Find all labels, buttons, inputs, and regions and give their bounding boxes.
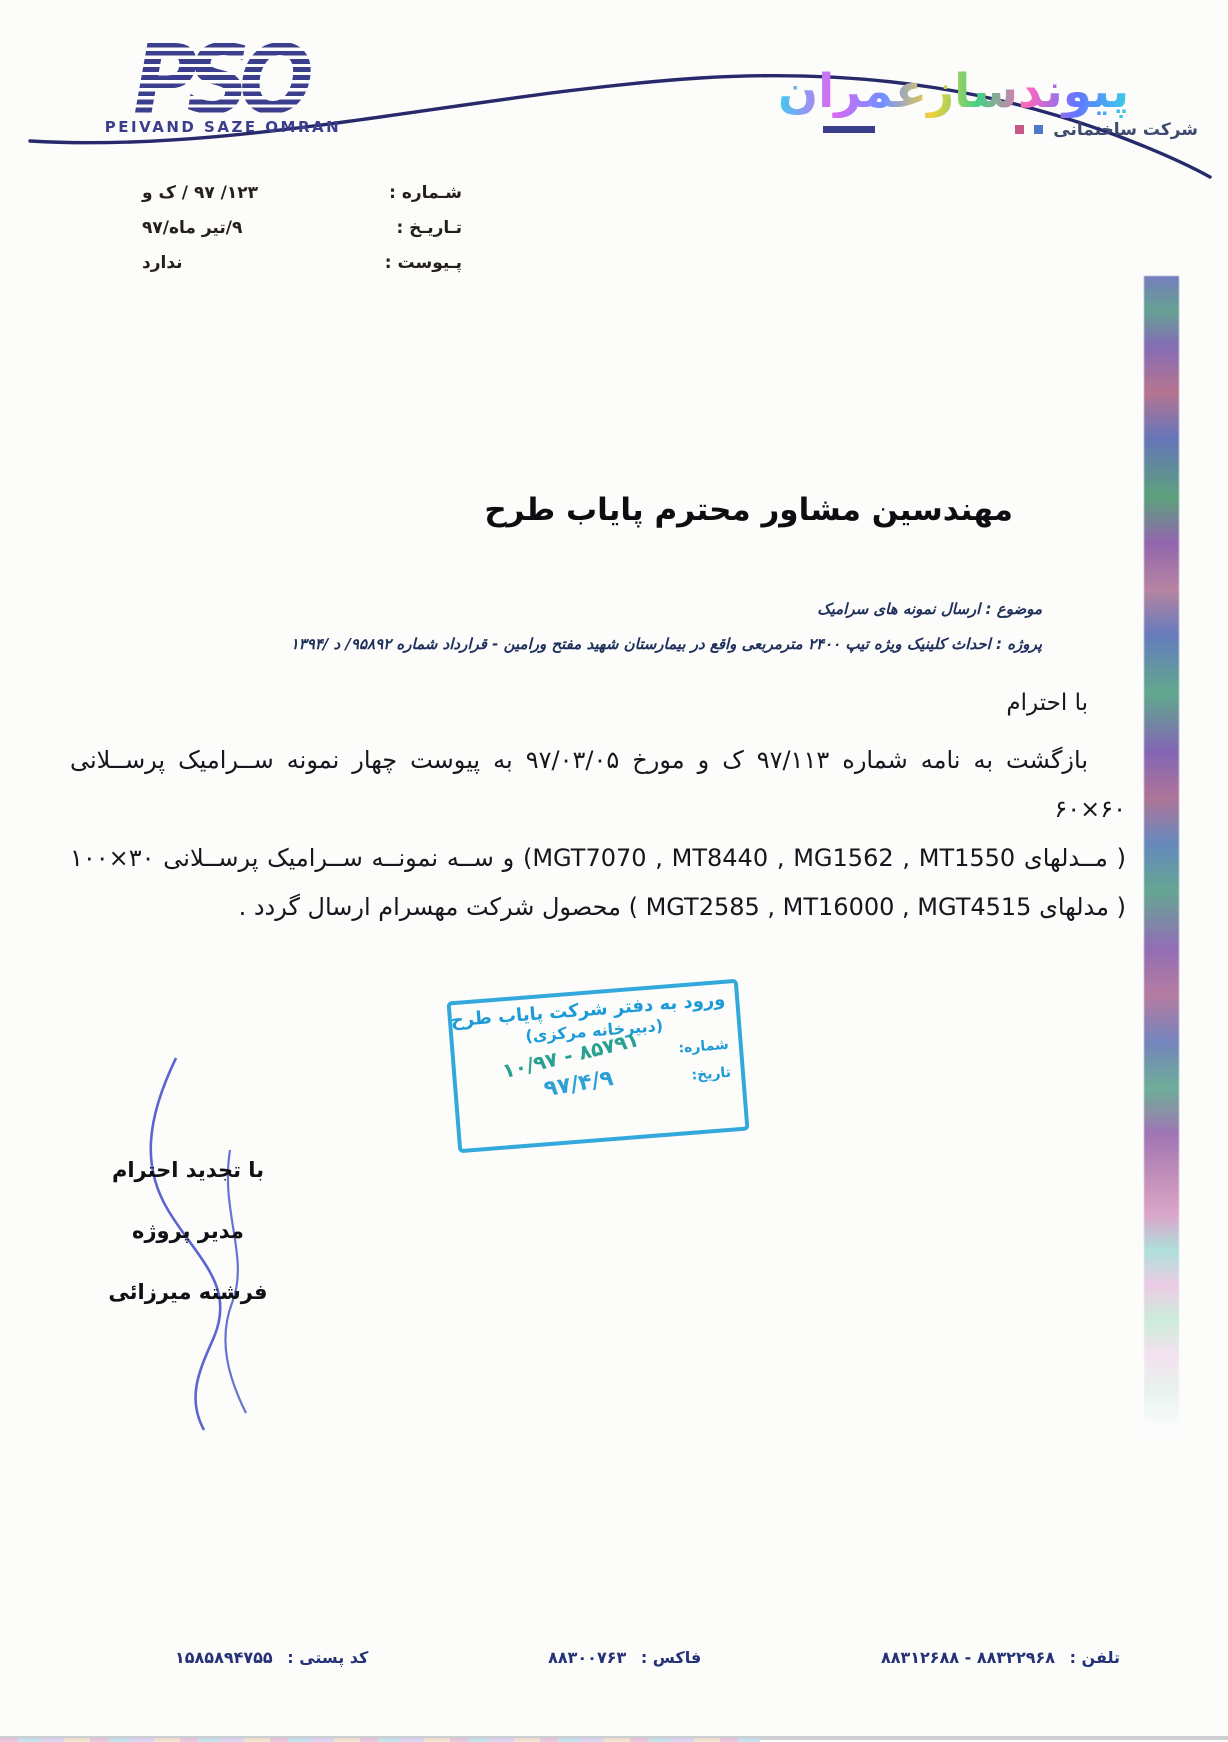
recipient-title: مهندسین مشاور محترم پایاب طرح bbox=[484, 492, 1013, 528]
stamp-date-label: تاریخ: bbox=[691, 1064, 732, 1083]
footer-fax: فاکس : ۸۸۳۰۰۷۶۳ bbox=[548, 1648, 701, 1667]
signature-role: مدیر پروژه bbox=[88, 1219, 288, 1243]
project-line: پروژه : احداث کلینیک ویژه تیپ ۲۴۰۰ مترمر… bbox=[291, 627, 1042, 662]
meta-date-row: تـاریـخ : ۹/تیر ماه/۹۷ bbox=[142, 218, 462, 238]
meta-number-label: شـماره : bbox=[389, 183, 462, 203]
meta-attachment-row: پـیوست : ندارد bbox=[142, 253, 462, 273]
subject-block: موضوع : ارسال نمونه های سرامیک پروژه : ا… bbox=[291, 592, 1042, 662]
body-paragraph: بازگشت به نامه شماره ۹۷/۱۱۳ ک و مورخ ۹۷/… bbox=[70, 736, 1126, 932]
meta-number-value: ۱۲۳/ ۹۷ / ک و bbox=[142, 183, 258, 203]
footer-phone-label: تلفن : bbox=[1070, 1648, 1120, 1667]
signature-block: با تجدید احترام مدیر پروژه فرشته میرزائی bbox=[88, 1158, 288, 1341]
meta-number-row: شـماره : ۱۲۳/ ۹۷ / ک و bbox=[142, 183, 462, 203]
body-line-2: ( مــدلهای MT1550 ‏, MG1562 ‏, MT8440 ‏,… bbox=[70, 834, 1126, 883]
company-logo: PSO PEIVAND SAZE OMRAN bbox=[88, 38, 358, 136]
brand-subtitle-row: شرکت ساختمانی bbox=[778, 120, 1198, 140]
receipt-stamp: ورود به دفتر شرکت پایاب طرح (دبیرخانه مر… bbox=[446, 979, 749, 1153]
brand-block: پیوندسازعمران شرکت ساختمانی bbox=[778, 66, 1198, 140]
footer-postal-label: کد پستی : bbox=[287, 1648, 368, 1667]
meta-date-value: ۹/تیر ماه/۹۷ bbox=[142, 218, 242, 238]
body-line-1: بازگشت به نامه شماره ۹۷/۱۱۳ ک و مورخ ۹۷/… bbox=[70, 736, 1126, 834]
subject-line: موضوع : ارسال نمونه های سرامیک bbox=[291, 592, 1042, 627]
footer-fax-label: فاکس : bbox=[641, 1648, 701, 1667]
logo-monogram: PSO bbox=[133, 35, 313, 125]
brand-decoration-square-blue bbox=[1034, 125, 1043, 134]
brand-calligraphy: پیوندسازعمران bbox=[778, 66, 1129, 118]
brand-decoration-square-pink bbox=[1015, 125, 1024, 134]
footer-phone: تلفن : ۸۸۳۲۲۹۶۸ - ۸۸۳۱۲۶۸۸ bbox=[881, 1648, 1120, 1667]
footer-postal-value: ۱۵۸۵۸۹۴۷۵۵ bbox=[175, 1648, 273, 1667]
letter-meta: شـماره : ۱۲۳/ ۹۷ / ک و تـاریـخ : ۹/تیر م… bbox=[142, 183, 462, 288]
signature-name: فرشته میرزائی bbox=[88, 1280, 288, 1304]
footer-phone-value: ۸۸۳۲۲۹۶۸ - ۸۸۳۱۲۶۸۸ bbox=[881, 1648, 1055, 1667]
body-line-3: ( مدلهای MGT4515 ‏, MT16000 ‏, MGT2585 )… bbox=[70, 883, 1126, 932]
brand-subtitle: شرکت ساختمانی bbox=[1053, 120, 1198, 140]
meta-date-label: تـاریـخ : bbox=[396, 218, 462, 238]
footer-fax-value: ۸۸۳۰۰۷۶۳ bbox=[548, 1648, 626, 1667]
brand-decoration-bar bbox=[823, 126, 875, 133]
scan-noise-strip bbox=[1144, 276, 1179, 1436]
letter-page: PSO PEIVAND SAZE OMRAN پیوندسازعمران شرک… bbox=[0, 0, 1228, 1742]
salutation: با احترام bbox=[1006, 690, 1088, 716]
footer-postal: کد پستی : ۱۵۸۵۸۹۴۷۵۵ bbox=[175, 1648, 368, 1667]
footer-contacts: تلفن : ۸۸۳۲۲۹۶۸ - ۸۸۳۱۲۶۸۸ فاکس : ۸۸۳۰۰۷… bbox=[175, 1648, 1120, 1667]
scan-bottom-speckles bbox=[0, 1738, 760, 1742]
meta-attachment-value: ندارد bbox=[142, 253, 183, 273]
signature-closing: با تجدید احترام bbox=[88, 1158, 288, 1182]
meta-attachment-label: پـیوست : bbox=[385, 253, 462, 273]
